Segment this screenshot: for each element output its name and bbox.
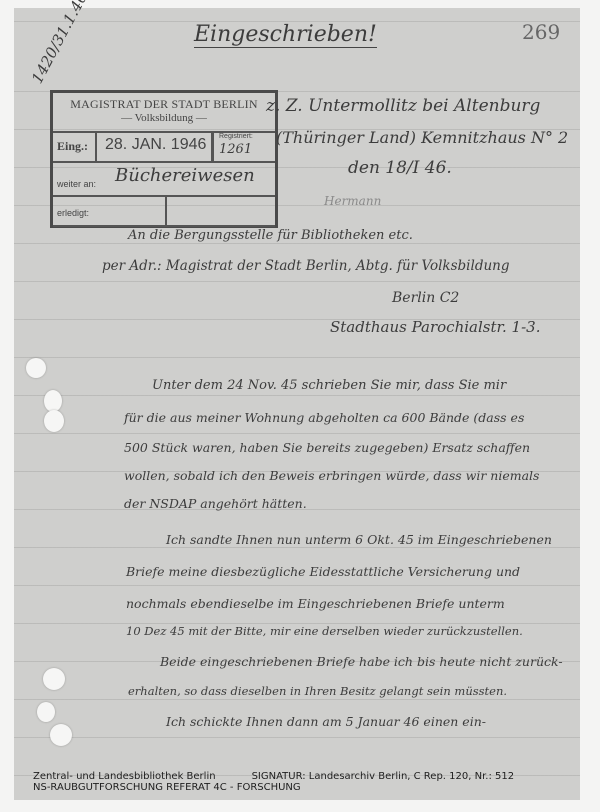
body-line: 500 Stück waren, haben Sie bereits zugeg…: [124, 440, 530, 455]
body-line: nochmals ebendieselbe im Eingeschriebene…: [126, 596, 505, 611]
sender-address-line-1: z. Z. Untermollitz bei Altenburg: [266, 96, 540, 116]
recipient-line-1: An die Bergungsstelle für Bibliotheken e…: [128, 228, 413, 243]
stamp-title: MAGISTRAT DER STADT BERLIN: [53, 97, 275, 112]
punch-hole: [50, 724, 72, 746]
body-line: Unter dem 24 Nov. 45 schrieben Sie mir, …: [152, 378, 506, 393]
sender-address-line-2: (Thüringer Land) Kemnitzhaus N° 2: [276, 128, 568, 147]
page-number: 269: [522, 20, 560, 44]
document-page: 1420/31.1.46 269 Eingeschrieben! MAGISTR…: [14, 8, 580, 800]
body-line: der NSDAP angehört hätten.: [124, 496, 307, 511]
heading-registered: Eingeschrieben!: [194, 22, 377, 48]
received-label: Eing.:: [57, 139, 88, 154]
done-label: erledigt:: [57, 208, 89, 218]
body-line: Briefe meine diesbezügliche Eidesstattli…: [126, 564, 520, 579]
body-line: Ich sandte Ihnen nun unterm 6 Okt. 45 im…: [166, 532, 552, 547]
recipient-line-4: Stadthaus Parochialstr. 1-3.: [330, 318, 540, 336]
registered-number: 1261: [219, 142, 252, 157]
forward-value: Büchereiwesen: [115, 165, 255, 186]
punch-hole: [44, 410, 64, 432]
body-line: Ich schickte Ihnen dann am 5 Januar 46 e…: [166, 714, 486, 729]
body-line: Beide eingeschriebenen Briefe habe ich b…: [160, 654, 563, 669]
sender-date: den 18/I 46.: [348, 158, 452, 178]
stamp-done-row: erledigt:: [53, 195, 275, 227]
punch-hole: [26, 358, 46, 378]
footer-department: NS-RAUBGUTFORSCHUNG REFERAT 4C - FORSCHU…: [33, 782, 514, 793]
body-line: 10 Dez 45 mit der Bitte, mir eine dersel…: [126, 624, 523, 638]
punch-hole: [43, 668, 65, 690]
footer-signature: SIGNATUR: Landesarchiv Berlin, C Rep. 12…: [252, 771, 515, 782]
body-line: erhalten, so dass dieselben in Ihren Bes…: [128, 684, 507, 698]
stamp-header: MAGISTRAT DER STADT BERLIN — Volksbildun…: [53, 93, 275, 133]
archive-footer: Zentral- und Landesbibliothek Berlin SIG…: [33, 771, 514, 793]
reference-number: 1420/31.1.46: [28, 0, 91, 86]
body-line: für die aus meiner Wohnung abgeholten ca…: [124, 410, 524, 425]
footer-institution: Zentral- und Landesbibliothek Berlin: [33, 771, 216, 782]
recipient-line-2: per Adr.: Magistrat der Stadt Berlin, Ab…: [102, 258, 510, 274]
received-stamp: MAGISTRAT DER STADT BERLIN — Volksbildun…: [50, 90, 278, 228]
pencil-note: Hermann: [324, 194, 381, 208]
recipient-line-3: Berlin C2: [392, 290, 459, 306]
punch-hole: [37, 702, 55, 722]
body-line: wollen, sobald ich den Beweis erbringen …: [124, 468, 539, 483]
punch-hole: [44, 390, 62, 412]
registered-label: Registriert:: [219, 133, 253, 140]
forward-label: weiter an:: [57, 179, 96, 189]
stamp-forward-row: weiter an: Büchereiwesen: [53, 161, 275, 197]
received-date: 28. JAN. 1946: [105, 136, 206, 154]
stamp-received-row: Eing.: 28. JAN. 1946 Registriert: 1261: [53, 131, 275, 163]
stamp-department: — Volksbildung —: [53, 112, 275, 124]
